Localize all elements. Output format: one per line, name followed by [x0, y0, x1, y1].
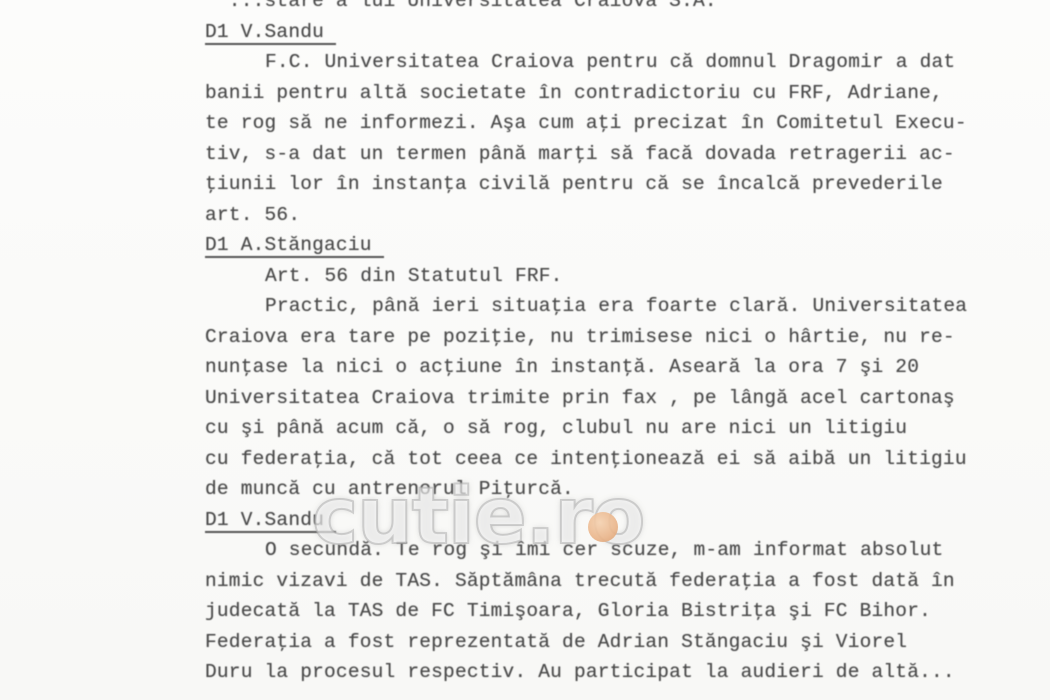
transcript-line: Craiova era tare pe poziţie, nu trimises…	[205, 322, 1035, 353]
transcript-line: Practic, până ieri situaţia era foarte c…	[205, 291, 1035, 322]
speaker-heading: D1 A.Stăngaciu	[205, 230, 1035, 261]
scanned-document-page: ...stare a lui Universitatea Craiova S.A…	[0, 0, 1050, 700]
speaker-name: D1 A.Stăngaciu	[205, 234, 384, 258]
transcript-line: nimic vizavi de TAS. Săptămâna trecută f…	[205, 566, 1035, 597]
speaker-heading: D1 V.Sandu	[205, 505, 1035, 536]
transcript-line: banii pentru altă societate în contradic…	[205, 78, 1035, 109]
transcript-line: judecată la TAS de FC Timişoara, Gloria …	[205, 596, 1035, 627]
speaker-name: D1 V.Sandu	[205, 21, 336, 45]
transcript-line: ...stare a lui Universitatea Craiova S.A…	[205, 0, 1035, 17]
speaker-heading: D1 V.Sandu	[205, 17, 1035, 48]
transcript-line: F.C. Universitatea Craiova pentru că dom…	[205, 47, 1035, 78]
transcript-line: art. 56.	[205, 200, 1035, 231]
transcript-line: Federaţia a fost reprezentată de Adrian …	[205, 627, 1035, 658]
typewritten-transcript: ...stare a lui Universitatea Craiova S.A…	[205, 0, 1035, 688]
transcript-line: tiv, s-a dat un termen până marţi să fac…	[205, 139, 1035, 170]
transcript-line: O secundă. Te rog şi îmi cer scuze, m-am…	[205, 535, 1035, 566]
transcript-line: ţiunii lor în instanţa civilă pentru că …	[205, 169, 1035, 200]
transcript-line: Art. 56 din Statutul FRF.	[205, 261, 1035, 292]
transcript-line: cu federaţia, că tot ceea ce intenţionea…	[205, 444, 1035, 475]
transcript-line: cu şi până acum că, o să rog, clubul nu …	[205, 413, 1035, 444]
transcript-line: te rog să ne informezi. Aşa cum aţi prec…	[205, 108, 1035, 139]
transcript-line: Universitatea Craiova trimite prin fax ,…	[205, 383, 1035, 414]
transcript-line: Duru la procesul respectiv. Au participa…	[205, 657, 1035, 688]
transcript-line: nunţase la nici o acţiune în instanţă. A…	[205, 352, 1035, 383]
watermark-dot-icon	[588, 512, 618, 542]
transcript-line: de muncă cu antrenorul Piţurcă.	[205, 474, 1035, 505]
speaker-name: D1 V.Sandu	[205, 509, 336, 533]
